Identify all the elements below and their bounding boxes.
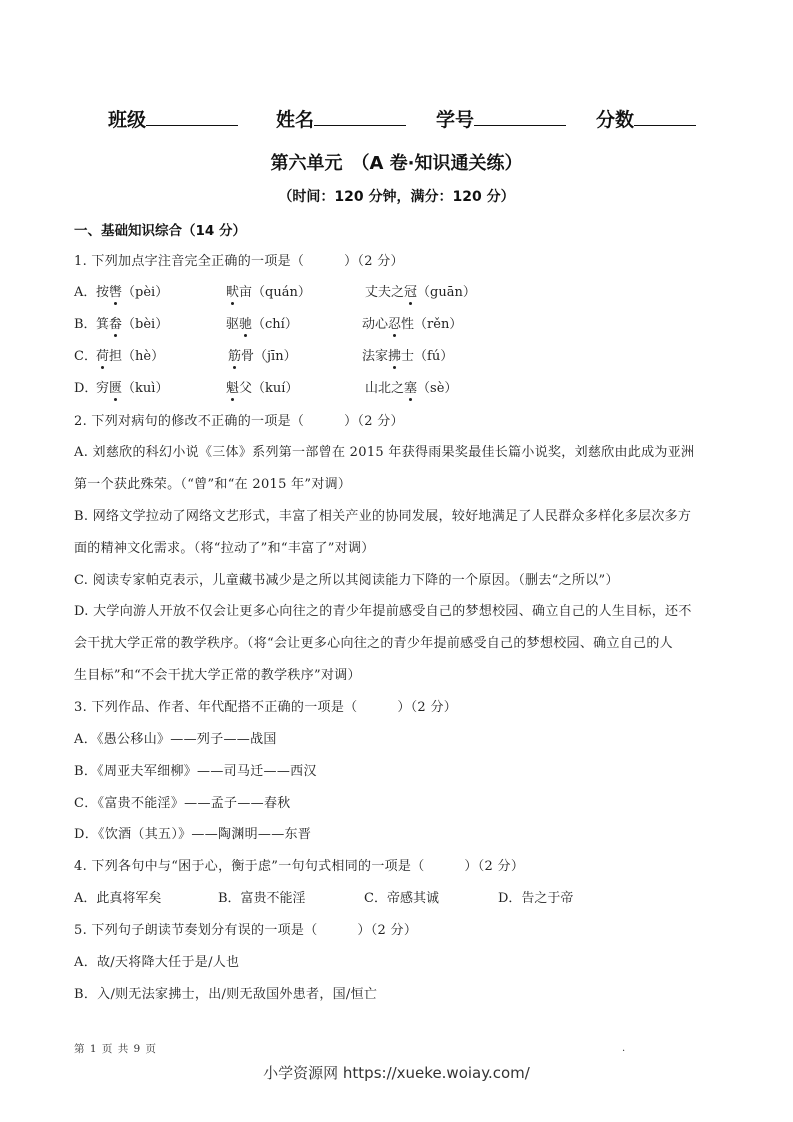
q5-option-b: B．入/则无法家拂士，出/则无敌国外患者，国/恒亡 <box>74 983 377 1002</box>
name-field: 姓名 <box>276 105 406 132</box>
option-letter: C． <box>74 345 97 364</box>
option-letter: D． <box>74 377 97 396</box>
q2-line: A. 刘慈欣的科幻小说《三体》系列第一部曾在 2015 年获得雨果奖最佳长篇小说… <box>74 441 694 460</box>
q2-line: 生目标”和“不会干扰大学正常的教学秩序”对调） <box>74 664 361 683</box>
q1-option-b: B． 箕畚（bèi） 驱驰（chí） 动心忍性（rěn） <box>74 313 724 333</box>
class-blank[interactable] <box>146 107 238 126</box>
question-5-stem: 5. 下列句子朗读节奏划分有误的一项是（ ）（2 分） <box>74 919 417 938</box>
q4-option-b: B．富贵不能淫 <box>218 887 306 906</box>
student-id-blank[interactable] <box>474 107 566 126</box>
option-item: 箕畚（bèi） <box>96 313 168 332</box>
q3-option-d: D．《饮酒（其五）》——陶渊明——东晋 <box>74 823 311 842</box>
q3-option-c: C．《富贵不能淫》——孟子——春秋 <box>74 792 291 811</box>
option-item: 驱驰（chí） <box>226 313 298 332</box>
q1-option-d: D． 穷匮（kuì） 魁父（kuí） 山北之塞（sè） <box>74 377 724 397</box>
option-item: 魁父（kuí） <box>226 377 298 396</box>
option-letter: B． <box>74 313 97 332</box>
option-item: 法家拂士（fú） <box>362 345 453 364</box>
q2-line: 第一个获此殊荣。（“曾”和“在 2015 年”对调） <box>74 473 351 492</box>
footer-dot: . <box>622 1043 625 1054</box>
page-subtitle: （时间：120 分钟，满分：120 分） <box>0 186 793 206</box>
q1-option-c: C． 荷担（hè） 筋骨（jīn） 法家拂士（fú） <box>74 345 724 365</box>
q1-option-a: A． 按辔（pèi） 畎亩（quán） 丈夫之冠（guān） <box>74 281 724 301</box>
q3-option-a: A．《愚公移山》——列子——战国 <box>74 728 277 747</box>
question-1-stem: 1. 下列加点字注音完全正确的一项是（ ）（2 分） <box>74 250 404 269</box>
q4-option-c: C．帝感其诚 <box>364 887 439 906</box>
score-label: 分数 <box>596 109 634 131</box>
option-item: 山北之塞（sè） <box>365 377 457 396</box>
q2-line: C. 阅读专家帕克表示，儿童藏书减少是之所以其阅读能力下降的一个原因。（删去“之… <box>74 569 619 588</box>
student-id-field: 学号 <box>436 105 566 132</box>
question-2-stem: 2. 下列对病句的修改不正确的一项是（ ）（2 分） <box>74 410 404 429</box>
option-item: 丈夫之冠（guān） <box>365 281 476 300</box>
name-blank[interactable] <box>314 107 406 126</box>
watermark-link[interactable]: 小学资源网 https://xueke.woiay.com/ <box>0 1062 793 1083</box>
page-number: 第 1 页 共 9 页 <box>74 1041 157 1056</box>
q2-line: D. 大学向游人开放不仅会让更多心向往之的青少年提前感受自己的梦想校园、确立自己… <box>74 600 692 619</box>
score-blank[interactable] <box>634 107 696 126</box>
option-item: 动心忍性（rěn） <box>362 313 462 332</box>
student-id-label: 学号 <box>436 109 474 131</box>
option-letter: A． <box>74 281 96 300</box>
q3-option-b: B．《周亚夫军细柳》——司马迁——西汉 <box>74 760 317 779</box>
class-field: 班级 <box>108 105 238 132</box>
name-label: 姓名 <box>276 109 314 131</box>
option-item: 筋骨（jīn） <box>228 345 297 364</box>
page-title: 第六单元 （A 卷·知识通关练） <box>0 149 793 175</box>
exam-page: 班级 姓名 学号 分数 第六单元 （A 卷·知识通关练） （时间：120 分钟，… <box>0 0 793 1122</box>
q4-options: A．此真将军矣 B．富贵不能淫 C．帝感其诚 D．告之于帝 <box>74 887 724 907</box>
q4-option-d: D．告之于帝 <box>498 887 573 906</box>
q2-line: B. 网络文学拉动了网络文艺形式，丰富了相关产业的协同发展，较好地满足了人民群众… <box>74 505 691 524</box>
score-field: 分数 <box>596 105 696 132</box>
class-label: 班级 <box>108 109 146 131</box>
q2-line: 会干扰大学正常的教学秩序。（将“会让更多心向往之的青少年提前感受自己的梦想校园、… <box>74 632 673 651</box>
question-3-stem: 3. 下列作品、作者、年代配搭不正确的一项是（ ）（2 分） <box>74 696 457 715</box>
option-item: 按辔（pèi） <box>96 281 168 300</box>
option-item: 荷担（hè） <box>96 345 164 364</box>
option-item: 畎亩（quán） <box>226 281 311 300</box>
option-item: 穷匮（kuì） <box>96 377 168 396</box>
q5-option-a: A．故/天将降大任于是/人也 <box>74 951 239 970</box>
question-4-stem: 4. 下列各句中与“困于心，衡于虑”一句句式相同的一项是（ ）（2 分） <box>74 855 524 874</box>
q2-line: 面的精神文化需求。（将“拉动了”和“丰富了”对调） <box>74 537 375 556</box>
q4-option-a: A．此真将军矣 <box>74 887 161 906</box>
section-heading: 一、基础知识综合（14 分） <box>74 219 246 239</box>
